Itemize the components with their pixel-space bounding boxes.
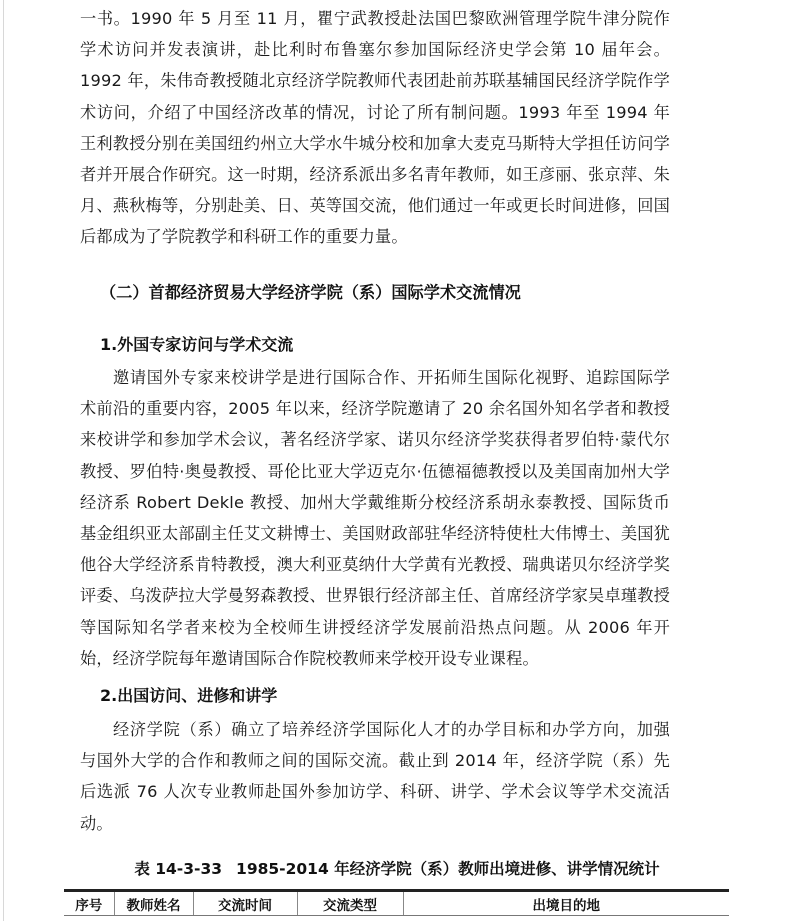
header-destination: 出境目的地 xyxy=(403,891,729,916)
paragraph-overseas-visits: 经济学院（系）确立了培养经济学国际化人才的办学目标和办学方向，加强与国外大学的合… xyxy=(80,714,670,839)
page-edge-line xyxy=(3,0,4,921)
header-teacher-name: 教师姓名 xyxy=(114,891,193,916)
paragraph-foreign-experts-block: 邀请国外专家来校讲学是进行国际合作、开拓师生国际化视野、追踪国际学术前沿的重要内… xyxy=(80,362,670,674)
header-exchange-type: 交流类型 xyxy=(297,891,403,916)
exchange-statistics-table: 序号 教师姓名 交流时间 交流类型 出境目的地 xyxy=(64,889,729,916)
header-exchange-time: 交流时间 xyxy=(193,891,297,916)
paragraph-foreign-experts: 邀请国外专家来校讲学是进行国际合作、开拓师生国际化视野、追踪国际学术前沿的重要内… xyxy=(80,362,670,674)
header-index: 序号 xyxy=(64,891,114,916)
subsection-heading-foreign-experts: 1.外国专家访问与学术交流 xyxy=(100,333,293,357)
subsection-heading-overseas-visits: 2.出国访问、进修和讲学 xyxy=(100,684,277,708)
section-heading: （二）首都经济贸易大学经济学院（系）国际学术交流情况 xyxy=(100,281,521,305)
table-caption-number: 表 14-3-33 xyxy=(134,860,222,878)
table-header-row: 序号 教师姓名 交流时间 交流类型 出境目的地 xyxy=(64,891,729,916)
paragraph-overseas-visits-block: 经济学院（系）确立了培养经济学国际化人才的办学目标和办学方向，加强与国外大学的合… xyxy=(80,714,670,839)
table-caption-title: 1985-2014 年经济学院（系）教师出境进修、讲学情况统计 xyxy=(236,860,660,878)
table-caption: 表 14-3-331985-2014 年经济学院（系）教师出境进修、讲学情况统计 xyxy=(0,858,794,880)
paragraph-history-block: 一书。1990 年 5 月至 11 月，瞿宁武教授赴法国巴黎欧洲管理学院牛津分院… xyxy=(80,3,670,253)
paragraph-continued: 一书。1990 年 5 月至 11 月，瞿宁武教授赴法国巴黎欧洲管理学院牛津分院… xyxy=(80,3,670,253)
